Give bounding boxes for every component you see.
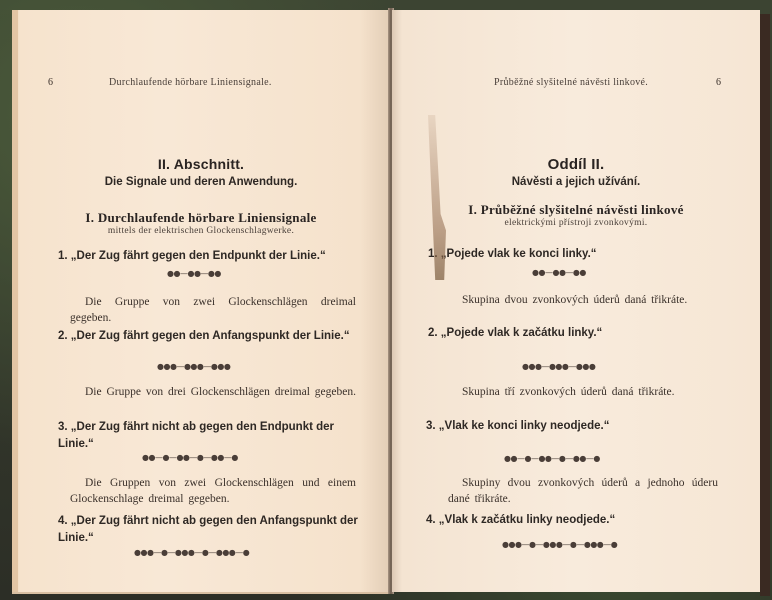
bell-signal-pattern: ●●—●—●●—●—●●—● xyxy=(504,454,600,463)
bell-signal-pattern: ●●—●●—●● xyxy=(167,269,221,278)
left-page: 6 Durchlaufende hörbare Liniensignale. I… xyxy=(12,10,390,594)
item-text: „Der Zug fährt gegen den Anfangspunkt de… xyxy=(71,330,350,342)
item-number: 2. xyxy=(58,328,68,345)
item-text: „Vlak ke konci linky neodjede.“ xyxy=(439,420,610,432)
left-part-note: mittels der elektrischen Glockenschlagwe… xyxy=(12,226,390,236)
right-item-1-description: Skupina dvou zvonkových úderů daná třikr… xyxy=(462,292,752,308)
right-item-2-description: Skupina tří zvonkových úderů daná třikrá… xyxy=(462,384,752,400)
left-item-3-description: Die Gruppen von zwei Glockenschlägen und… xyxy=(70,475,356,507)
left-item-1: 1. „Der Zug fährt gegen den Endpunkt der… xyxy=(58,248,358,265)
bell-signal-pattern: ●●●—●—●●●—●—●●●—● xyxy=(134,548,249,557)
bell-signal-pattern: ●●—●—●●—●—●●—● xyxy=(142,453,238,462)
left-item-1-description: Die Gruppe von zwei Glockenschlägen drei… xyxy=(70,294,356,326)
right-section-subtitle: Návěsti a jejich užívání. xyxy=(392,176,760,188)
left-item-4: 4. „Der Zug fährt nicht ab gegen den Anf… xyxy=(58,513,358,547)
left-item-2-description: Die Gruppe von drei Glockenschlägen drei… xyxy=(70,384,356,400)
bell-signal-pattern: ●●●—●●●—●●● xyxy=(157,362,230,371)
left-section-subtitle: Die Signale und deren Anwendung. xyxy=(12,176,390,188)
right-part-title: I. Průběžné slyšitelné návěsti linkové xyxy=(392,202,760,218)
bell-signal-pattern: ●●●—●—●●●—●—●●●—● xyxy=(502,540,617,549)
item-number: 4. xyxy=(426,512,436,529)
item-number: 1. xyxy=(58,248,68,265)
item-text: „Der Zug fährt nicht ab gegen den Anfang… xyxy=(58,515,358,544)
right-part-note: elektrickými přístroji zvonkovými. xyxy=(392,218,760,228)
item-text: „Pojede vlak ke konci linky.“ xyxy=(441,248,597,260)
item-number: 2. xyxy=(428,325,438,342)
right-item-3: 3. „Vlak ke konci linky neodjede.“ xyxy=(426,418,736,435)
left-item-3: 3. „Der Zug fährt nicht ab gegen den End… xyxy=(58,419,358,453)
left-page-number: 6 xyxy=(48,77,53,88)
right-item-3-description: Skupiny dvou zvonkových úderů a jednoho … xyxy=(448,475,718,507)
item-text: „Pojede vlak k začátku linky.“ xyxy=(441,327,603,339)
right-item-4: 4. „Vlak k začátku linky neodjede.“ xyxy=(426,512,736,529)
right-item-2: 2. „Pojede vlak k začátku linky.“ xyxy=(428,325,738,342)
right-page-number: 6 xyxy=(716,77,721,88)
right-running-head: Průběžné slyšitelné návěsti linkové. xyxy=(494,77,648,88)
bell-signal-pattern: ●●—●●—●● xyxy=(532,268,586,277)
item-number: 4. xyxy=(58,513,68,530)
left-running-head: Durchlaufende hörbare Liniensignale. xyxy=(109,77,272,88)
item-text: „Der Zug fährt nicht ab gegen den Endpun… xyxy=(58,421,334,450)
right-section-title: Oddíl II. xyxy=(392,156,760,173)
bell-signal-pattern: ●●●—●●●—●●● xyxy=(522,362,595,371)
item-number: 3. xyxy=(58,419,68,436)
left-part-title: I. Durchlaufende hörbare Liniensignale xyxy=(12,210,390,226)
left-section-title: II. Abschnitt. xyxy=(12,156,390,172)
right-page: Průběžné slyšitelné návěsti linkové. 6 O… xyxy=(392,10,760,592)
item-text: „Vlak k začátku linky neodjede.“ xyxy=(439,514,615,526)
item-number: 3. xyxy=(426,418,436,435)
item-text: „Der Zug fährt gegen den Endpunkt der Li… xyxy=(71,250,326,262)
left-item-2: 2. „Der Zug fährt gegen den Anfangspunkt… xyxy=(58,328,358,345)
right-item-1: 1. „Pojede vlak ke konci linky.“ xyxy=(428,246,738,263)
